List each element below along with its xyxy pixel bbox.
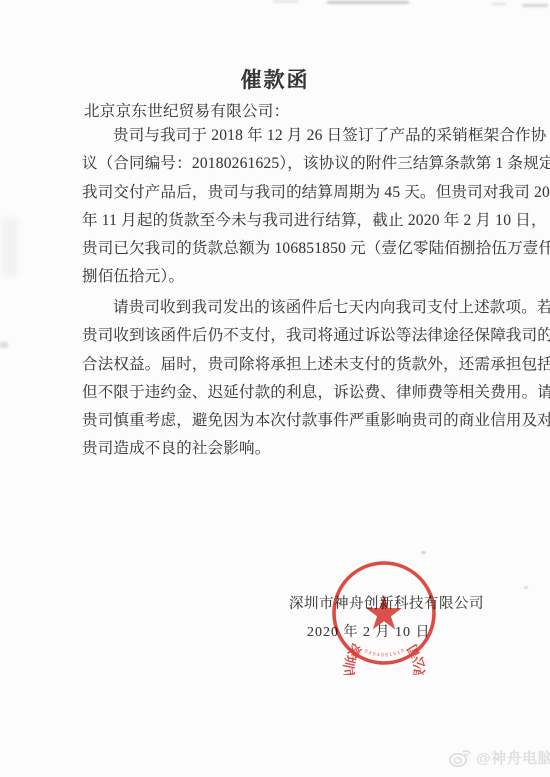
letter-line: 我司交付产品后，贵司与我司的结算周期为 45 天。但贵司对我司 2019 (82, 179, 498, 207)
letter-line: 但不限于违约金、迟延付款的利息，诉讼费、律师费等相关费用。请 (82, 379, 498, 407)
paragraph-1: 贵司与我司于 2018 年 12 月 26 日签订了产品的采销框架合作协 议（合… (82, 122, 498, 292)
letter-line: 合法权益。届时，贵司除将承担上述未支付的货款外，还需承担包括 (82, 351, 498, 379)
seal-star-icon (366, 595, 402, 629)
letter-line: 请贵司收到我司发出的该函件后七天内向我司支付上述款项。若 (82, 294, 498, 322)
addressee-line: 北京京东世纪贸易有限公司： (84, 99, 289, 121)
letter-line: 贵司造成不良的社会影响。 (82, 435, 498, 463)
letter-line: 年 11 月起的货款至今未与我司进行结算，截止 2020 年 2 月 10 日， (82, 207, 498, 235)
scan-smudge (327, 1, 409, 4)
letter-line: 贵司已欠我司的货款总额为 106851850 元（壹亿零陆佰捌拾伍万壹仟 (82, 235, 498, 263)
letter-line: 贵司收到该函件后仍不支付，我司将通过诉讼等法律途径保障我司的 (82, 322, 498, 350)
scan-smudge (524, 586, 528, 589)
company-seal-stamp: 深圳市神舟创新科技有限公司 0304081510081 (322, 551, 446, 675)
watermark-handle: @神舟电脑 (476, 747, 550, 768)
scan-smudge (522, 4, 548, 7)
letter-title: 催款函 (0, 64, 550, 94)
scan-smudge (273, 0, 299, 3)
letter-line: 贵司与我司于 2018 年 12 月 26 日签订了产品的采销框架合作协 (82, 122, 498, 150)
paragraph-2: 请贵司收到我司发出的该函件后七天内向我司支付上述款项。若 贵司收到该函件后仍不支… (82, 294, 498, 464)
letter-line: 捌佰伍拾元）。 (82, 263, 498, 291)
scan-smudge (492, 3, 506, 5)
scan-smudge (0, 342, 8, 348)
letter-line: 议（合同编号：20180261625），该协议的附件三结算条款第 1 条规定， (82, 150, 498, 178)
letter-line: 贵司慎重考虑，避免因为本次付款事件严重影响贵司的商业信用及对 (82, 407, 498, 435)
scan-smudge (2, 218, 18, 276)
weibo-icon (448, 746, 472, 768)
weibo-watermark: @神舟电脑 (448, 746, 550, 768)
